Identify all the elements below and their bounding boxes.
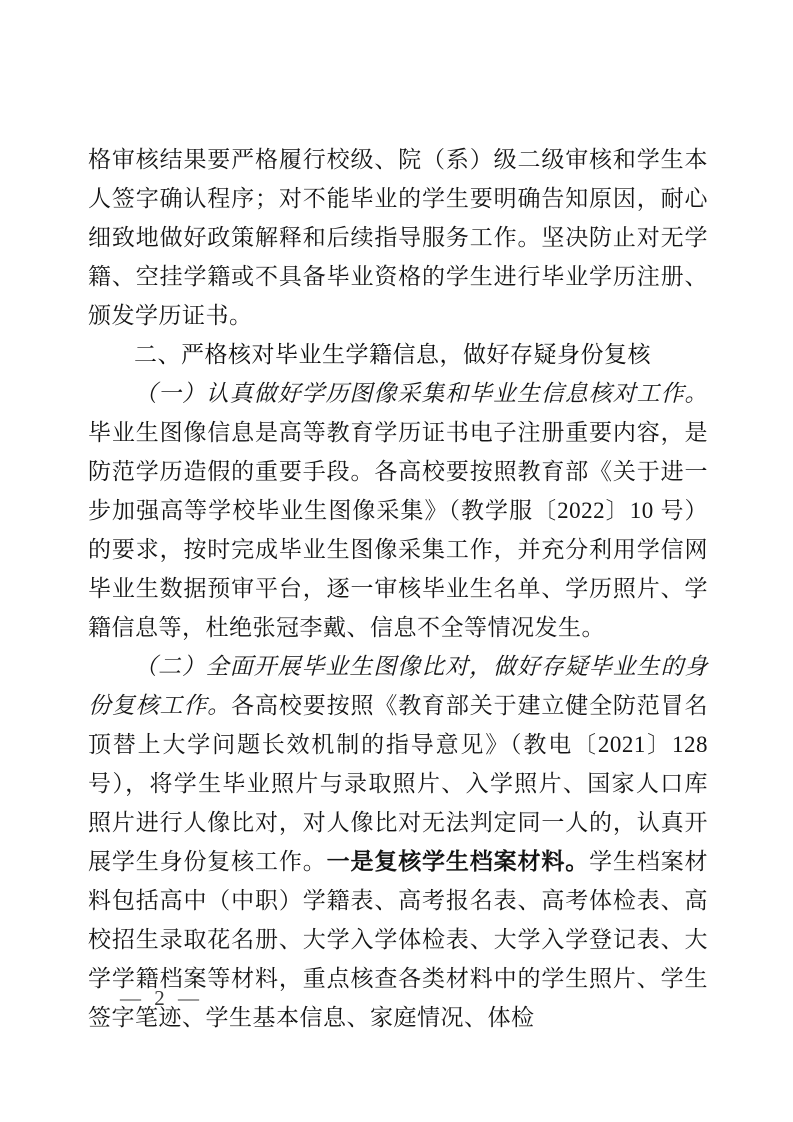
page-number: — 2 — — [120, 983, 203, 1013]
text-run: （一）认真做好学历图像采集和毕业生信息核对工作。 — [134, 381, 708, 406]
text-run: 各高校要按照《教育部关于建立健全防范冒名顶替上大学问题长效机制的指导意见》（教电… — [88, 693, 708, 874]
paragraph: 格审核结果要严格履行校级、院（系）级二级审核和学生本人签字确认程序；对不能毕业的… — [88, 140, 708, 335]
document-page: 格审核结果要严格履行校级、院（系）级二级审核和学生本人签字确认程序；对不能毕业的… — [0, 0, 793, 1122]
paragraph: （一）认真做好学历图像采集和毕业生信息核对工作。毕业生图像信息是高等教育学历证书… — [88, 374, 708, 647]
text-run: 一是复核学生档案材料。 — [327, 849, 589, 874]
text-run: 二、严格核对毕业生学籍信息，做好存疑身份复核 — [134, 341, 651, 367]
section-heading: 二、严格核对毕业生学籍信息，做好存疑身份复核 — [88, 335, 708, 374]
text-run: 毕业生图像信息是高等教育学历证书电子注册重要内容，是防范学历造假的重要手段。各高… — [88, 420, 708, 640]
text-run: 格审核结果要严格履行校级、院（系）级二级审核和学生本人签字确认程序；对不能毕业的… — [88, 147, 708, 328]
paragraph: （二）全面开展毕业生图像比对，做好存疑毕业生的身份复核工作。各高校要按照《教育部… — [88, 647, 708, 1037]
document-body: 格审核结果要严格履行校级、院（系）级二级审核和学生本人签字确认程序；对不能毕业的… — [88, 140, 708, 1037]
